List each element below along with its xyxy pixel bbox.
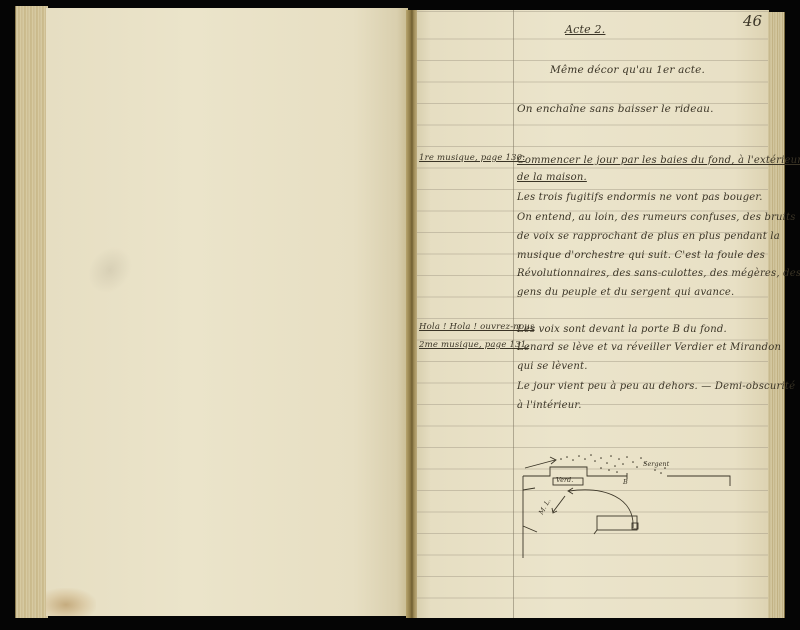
- direction-line: Les trois fugitifs endormis ne vont pas …: [517, 192, 763, 203]
- curtain-line: On enchaîne sans baisser le rideau.: [517, 103, 714, 115]
- margin-note-music-1: 1re musique, page 130.: [419, 153, 525, 163]
- direction-line: On entend, au loin, des rumeurs confuses…: [517, 212, 796, 223]
- stage-diagram: Verd. Sergent B M. L.: [515, 438, 755, 558]
- direction-line: Les voix sont devant la porte B du fond.: [517, 324, 727, 335]
- right-page-edges: [768, 12, 785, 618]
- direction-line: Lenard se lève et va réveiller Verdier e…: [517, 342, 781, 353]
- direction-line: de voix se rapprochant de plus en plus p…: [517, 231, 780, 242]
- direction-line: Commencer le jour par les baies du fond,…: [517, 155, 800, 166]
- direction-line: Le jour vient peu à peu au dehors. — Dem…: [517, 381, 795, 392]
- margin-note-music-2: 2me musique, page 131.: [419, 340, 529, 350]
- direction-line: qui se lèvent.: [517, 361, 588, 372]
- direction-line: à l'intérieur.: [517, 400, 582, 411]
- direction-line: gens du peuple et du sergent qui avance.: [517, 287, 734, 298]
- act-title: Acte 2.: [565, 23, 605, 36]
- direction-line: Révolutionnaires, des sans-culottes, des…: [517, 268, 800, 279]
- diagram-label-crowd: Sergent: [643, 460, 669, 468]
- left-page-blank: [46, 8, 408, 616]
- left-page-edges: [15, 6, 48, 618]
- page-number: 46: [743, 12, 762, 30]
- direction-line: musique d'orchestre qui suit. C'est la f…: [517, 250, 765, 261]
- open-notebook: 46 Acte 2. Même décor qu'au 1er acte. On…: [0, 0, 800, 630]
- diagram-label-bench: Verd.: [556, 476, 573, 484]
- direction-line: de la maison.: [517, 172, 587, 183]
- left-page-stain: [46, 588, 96, 616]
- diagram-label-door: B: [623, 478, 628, 486]
- margin-rule: [513, 10, 514, 618]
- decor-line: Même décor qu'au 1er acte.: [550, 64, 705, 76]
